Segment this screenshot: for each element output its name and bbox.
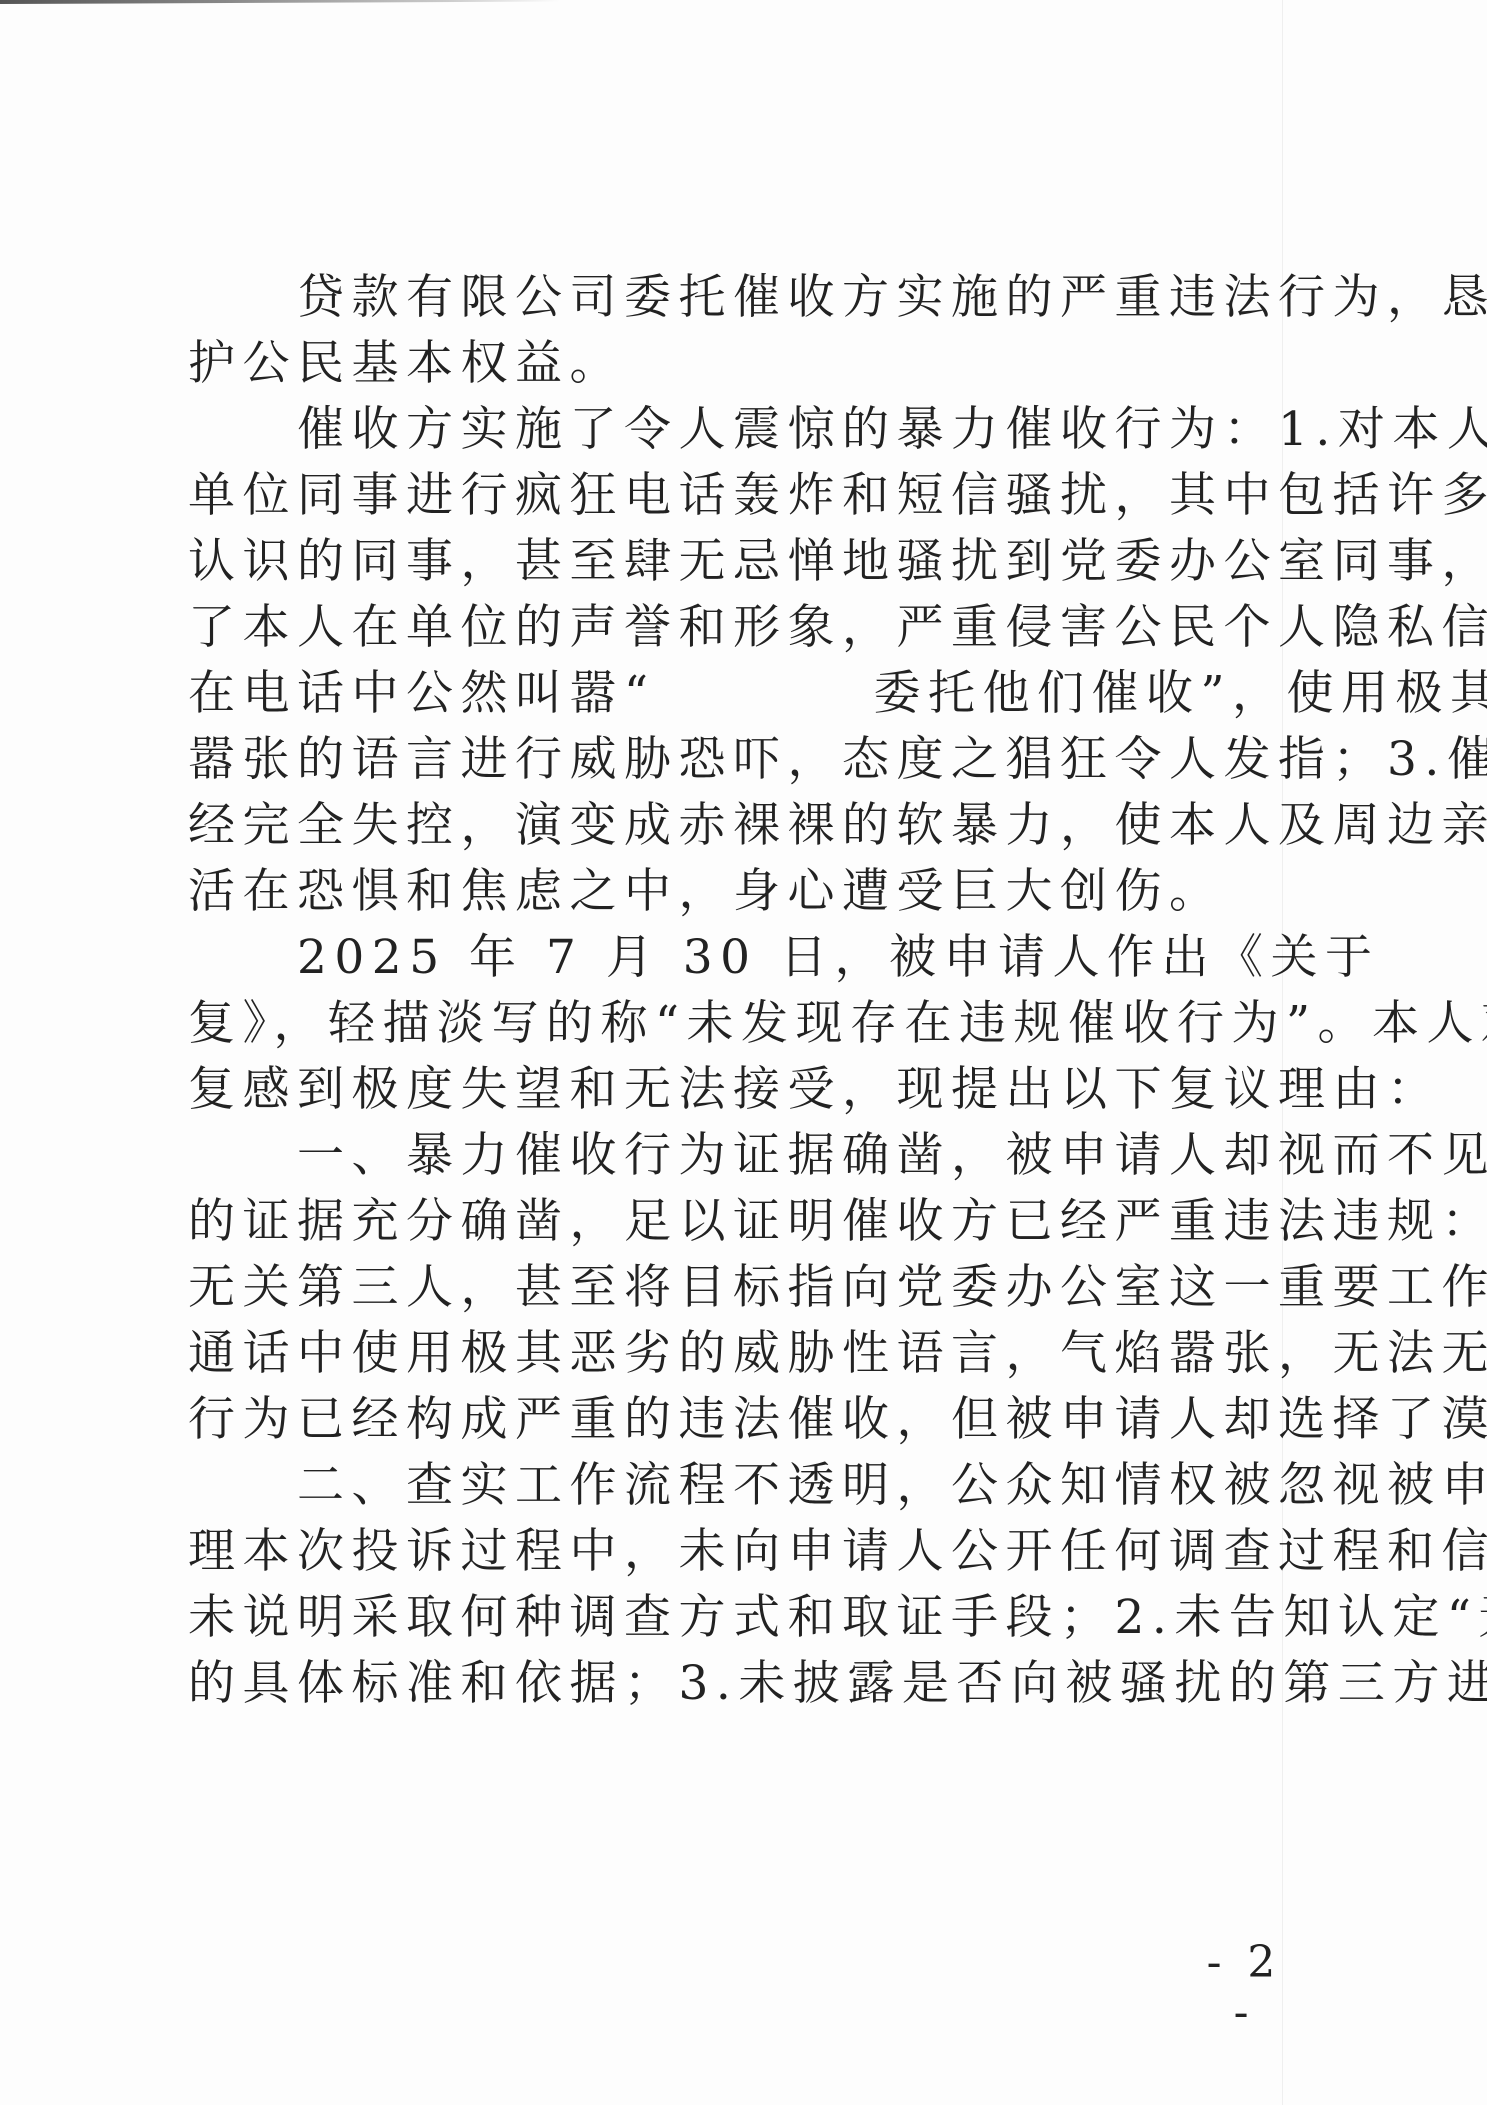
document-body: 贷款有限公司委托催收方实施的严重违法行为，恳求政府保 护公民基本权益。 催收方实… [188,265,1288,1717]
section-heading-line: 一、暴力催收行为证据确凿，被申请人却视而不见本人提供 [188,1123,1288,1189]
page-number: - 2 - [1196,1938,1292,2038]
section-heading-line: 二、查实工作流程不透明，公众知情权被忽视被申请人在处 [188,1453,1288,1519]
paragraph-line: 无关第三人，甚至将目标指向党委办公室这一重要工作部门；在 [188,1255,1288,1321]
paragraph-line: 在电话中公然叫嚣“ 委托他们催收”，使用极其恶劣、 [188,661,1288,727]
paragraph-line: 贷款有限公司委托催收方实施的严重违法行为，恳求政府保 [188,265,1288,331]
paragraph-line: 护公民基本权益。 [188,331,1288,397]
paragraph-line: 未说明采取何种调查方式和取证手段；2.未告知认定“无违规” [188,1585,1288,1651]
paragraph-line: 催收方实施了令人震惊的暴力催收行为：1.对本人亲戚朋友、 [188,397,1288,463]
paragraph-line: 行为已经构成严重的违法催收，但被申请人却选择了漠视和回避。 [188,1387,1288,1453]
paragraph-line: 活在恐惧和焦虑之中，身心遭受巨大创伤。 [188,859,1288,925]
paragraph-line: 复感到极度失望和无法接受，现提出以下复议理由： [188,1057,1288,1123]
paragraph-line: 经完全失控，演变成赤裸裸的软暴力，使本人及周边亲友终日生 [188,793,1288,859]
paragraph-line: 通话中使用极其恶劣的威胁性语言，气焰嚣张，无法无天。这些 [188,1321,1288,1387]
paragraph-line: 嚣张的语言进行威胁恐吓，态度之猖狂令人发指；3.催收行为已 [188,727,1288,793]
paragraph-line: 2025 年 7 月 30 日，被申请人作出《关于 投诉事项的回 [188,925,1288,991]
paragraph-line: 认识的同事，甚至肆无忌惮地骚扰到党委办公室同事，严重破坏 [188,529,1288,595]
paragraph-line: 理本次投诉过程中，未向申请人公开任何调查过程和信息：1. [188,1519,1288,1585]
paragraph-line: 复》，轻描淡写的称“未发现存在违规催收行为”。本人对此答 [188,991,1288,1057]
paragraph-line: 的具体标准和依据；3.未披露是否向被骚扰的第三方进行调查核 [188,1651,1288,1717]
paragraph-line: 了本人在单位的声誉和形象，严重侵害公民个人隐私信息；2. [188,595,1288,661]
paragraph-line: 的证据充分确凿，足以证明催收方已经严重违法违规：疯狂骚扰 [188,1189,1288,1255]
scan-top-edge [0,0,560,4]
paragraph-line: 单位同事进行疯狂电话轰炸和短信骚扰，其中包括许多本人并不 [188,463,1288,529]
